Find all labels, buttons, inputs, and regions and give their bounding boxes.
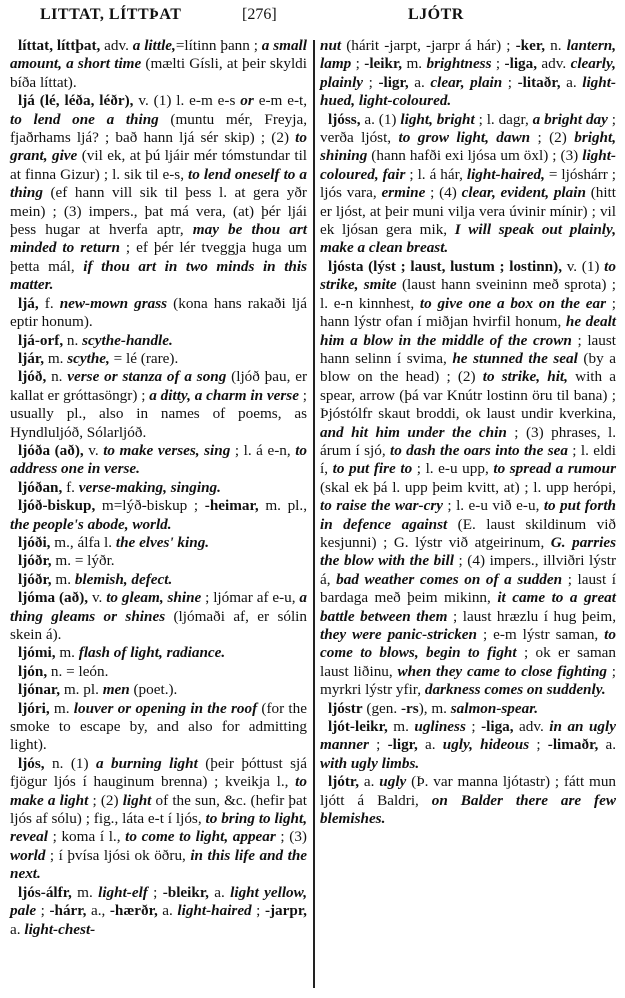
- entry-text: ; e-m lýstr saman,: [477, 626, 604, 643]
- right-column: nut (hárit -jarpt, -jarpr á hár) ; -ker,…: [320, 37, 616, 828]
- entry-text: ; l. e-u upp,: [412, 460, 493, 477]
- headword: ljós-álfr,: [18, 884, 72, 901]
- definition-text: to dash the oars into the sea: [390, 442, 568, 459]
- sub-headword: -heimar,: [205, 497, 259, 514]
- definition-text: a ditty, a charm in verse: [149, 387, 299, 404]
- entry-text: n.: [51, 368, 67, 385]
- definition-text: to put fire to: [333, 460, 413, 477]
- headword: ljótr,: [328, 773, 359, 790]
- definition-text: to make verses, sing: [103, 442, 230, 459]
- definition-text: the people's abode, world.: [10, 516, 172, 533]
- definition-text: verse or stanza of a song: [67, 368, 226, 385]
- definition-text: to grow light, dawn: [399, 129, 531, 146]
- entry-text: a. (1): [364, 111, 400, 128]
- entry-text: ; í þvísa ljósi ok öðru,: [45, 847, 190, 864]
- entry-text: ; l. e-u við e-u,: [443, 497, 544, 514]
- entry-text: n.: [67, 332, 82, 349]
- headword: ljót-leikr,: [328, 718, 388, 735]
- entry-text: = lé (rare).: [110, 350, 178, 367]
- definition-text: to gleam, shine: [106, 589, 201, 606]
- definition-text: clear, plain: [430, 74, 502, 91]
- dictionary-entry: ljóðr, m. blemish, defect.: [10, 571, 307, 589]
- headword: ljós,: [18, 755, 45, 772]
- definition-text: scythe,: [67, 350, 110, 367]
- sub-headword: -leikr,: [364, 55, 402, 72]
- entry-text: e-m e-t,: [254, 92, 307, 109]
- definition-text: they were panic-stricken: [320, 626, 477, 643]
- left-column: líttat, líttþat, adv. a little,=lítinn þ…: [10, 37, 307, 939]
- entry-text: n. = león.: [51, 663, 109, 680]
- dictionary-entry: ljóðr, m. = lýðr.: [10, 552, 307, 570]
- definition-text: light, bright: [400, 111, 474, 128]
- right-guide-word: LJÓTR: [408, 6, 464, 24]
- sub-headword: -limaðr,: [548, 736, 598, 753]
- entry-text: ; laust hræzlu í hug þeim,: [447, 608, 616, 625]
- entry-text: ;: [36, 902, 49, 919]
- sub-headword: -bleikr,: [163, 884, 209, 901]
- entry-text: m.: [48, 350, 67, 367]
- entry-text: v.: [92, 589, 106, 606]
- entry-text: m=lýð-biskup ;: [102, 497, 205, 514]
- sub-headword: -jarpr,: [265, 902, 307, 919]
- sub-headword: -hærðr,: [110, 902, 158, 919]
- definition-text: he stunned the seal: [452, 350, 578, 367]
- dictionary-entry: ljóri, m. louver or opening in the roof …: [10, 700, 307, 755]
- definition-text: when they came to close fighting: [397, 663, 607, 680]
- entry-text: m. = lýðr.: [55, 552, 114, 569]
- dictionary-entry: ljótr, a. ugly (Þ. var manna ljótastr) ;…: [320, 773, 616, 828]
- definition-text: clear, evident, plain: [462, 184, 586, 201]
- headword: ljóðan,: [18, 479, 62, 496]
- page-number: [276]: [242, 6, 277, 24]
- definition-text: louver or opening in the roof: [74, 700, 257, 717]
- definition-text: light-chest-: [24, 921, 95, 938]
- entry-text: n. (1): [52, 755, 96, 772]
- dictionary-entry: ljá, f. new-mown grass (kona hans rakaði…: [10, 295, 307, 332]
- entry-text: a.: [598, 736, 616, 753]
- definition-text: light-haired,: [467, 166, 545, 183]
- sub-headword: -ker,: [516, 37, 545, 54]
- definition-text: or: [240, 92, 254, 109]
- entry-text: ; koma í l.,: [48, 828, 125, 845]
- definition-text: light: [123, 792, 152, 809]
- sub-headword: -liga,: [505, 55, 537, 72]
- definition-text: salmon-spear.: [451, 700, 538, 717]
- entry-text: m.: [402, 55, 426, 72]
- entry-text: =lítinn þann ;: [176, 37, 262, 54]
- dictionary-entry: líttat, líttþat, adv. a little,=lítinn þ…: [10, 37, 307, 92]
- dictionary-entry: ljóð, n. verse or stanza of a song (ljóð…: [10, 368, 307, 442]
- dictionary-entry: ljóða (að), v. to make verses, sing ; l.…: [10, 442, 307, 479]
- entry-text: adv.: [104, 37, 133, 54]
- definition-text: light-haired: [177, 902, 251, 919]
- dictionary-entry: ljóð-biskup, m=lýð-biskup ; -heimar, m. …: [10, 497, 307, 534]
- headword: líttat, líttþat,: [18, 37, 100, 54]
- entry-text: m., álfa l.: [54, 534, 116, 551]
- headword: ljón,: [18, 663, 47, 680]
- entry-text: v. (1) l. e-m e-s: [138, 92, 240, 109]
- headword: ljá-orf,: [18, 332, 63, 349]
- definition-text: to lend one a thing: [10, 111, 159, 128]
- entry-text: ; (3): [276, 828, 307, 845]
- dictionary-entry: ljóma (að), v. to gleam, shine ; ljómar …: [10, 589, 307, 644]
- dictionary-entry: ljóstr (gen. -rs), m. salmon-spear.: [320, 700, 616, 718]
- sub-headword: -hárr,: [49, 902, 86, 919]
- dictionary-entry: ljá-orf, n. scythe-handle.: [10, 332, 307, 350]
- entry-text: ;: [363, 74, 378, 91]
- headword: ljónar,: [18, 681, 60, 698]
- definition-text: ugliness: [414, 718, 466, 735]
- entry-text: (gen.: [366, 700, 401, 717]
- definition-text: bad weather comes on of a sudden: [336, 571, 562, 588]
- dictionary-entry: ljónar, m. pl. men (poet.).: [10, 681, 307, 699]
- headword: ljá (lé, léða, léðr),: [18, 92, 133, 109]
- entry-text: ;: [502, 74, 517, 91]
- entry-text: m. pl.: [64, 681, 103, 698]
- entry-text: ;: [466, 718, 481, 735]
- definition-text: a burning light: [96, 755, 198, 772]
- headword: ljóði,: [18, 534, 50, 551]
- entry-text: m. pl.,: [259, 497, 307, 514]
- definition-text: ugly, hideous: [443, 736, 529, 753]
- definition-text: to come to light, appear: [125, 828, 276, 845]
- definition-text: ermine: [381, 184, 425, 201]
- definition-text: ugly: [379, 773, 406, 790]
- entry-text: a.: [364, 773, 379, 790]
- definition-text: to raise the war-cry: [320, 497, 443, 514]
- headword: ljóss,: [328, 111, 361, 128]
- entry-text: ; l. á e-n,: [230, 442, 295, 459]
- dictionary-entry: ljóss, a. (1) light, bright ; l. dagr, a…: [320, 111, 616, 258]
- definition-text: light-elf: [98, 884, 148, 901]
- entry-text: ;: [351, 55, 364, 72]
- entry-text: a.,: [86, 902, 109, 919]
- dictionary-entry: ljót-leikr, m. ugliness ; -liga, adv. in…: [320, 718, 616, 773]
- definition-text: brightness: [427, 55, 492, 72]
- entry-text: v. (1): [567, 258, 604, 275]
- entry-text: m.: [393, 718, 414, 735]
- dictionary-entry: ljós-álfr, m. light-elf ; -bleikr, a. li…: [10, 884, 307, 939]
- entry-text: (skal ek þá l. upp þeim kvitt, at) ; l. …: [320, 479, 616, 496]
- headword: ljóðr,: [18, 552, 52, 569]
- definition-text: to give one a box on the ear: [420, 295, 606, 312]
- entry-text: ;: [529, 736, 548, 753]
- entry-text: (poet.).: [130, 681, 178, 698]
- headword: ljóma (að),: [18, 589, 88, 606]
- entry-text: f.: [45, 295, 60, 312]
- entry-text: a.: [10, 921, 24, 938]
- entry-text: a.: [158, 902, 178, 919]
- sub-headword: -litaðr,: [518, 74, 561, 91]
- entry-text: adv.: [514, 718, 550, 735]
- sub-headword: -ligr,: [388, 736, 418, 753]
- sub-headword: -ligr,: [378, 74, 408, 91]
- headword: ljóstr: [328, 700, 363, 717]
- running-header: LITTAT, LÍTTÞAT [276] LJÓTR: [0, 6, 625, 28]
- definition-text: with ugly limbs.: [320, 755, 419, 772]
- entry-text: m.: [59, 644, 78, 661]
- entry-text: ;: [369, 736, 388, 753]
- definition-text: blemish, defect.: [75, 571, 172, 588]
- definition-text: darkness comes on suddenly.: [425, 681, 606, 698]
- headword: ljá,: [18, 295, 39, 312]
- definition-text: to spread a rumour: [493, 460, 616, 477]
- sub-headword: -rs: [401, 700, 419, 717]
- definition-text: new-mown grass: [60, 295, 167, 312]
- entry-text: ; l. á hár,: [405, 166, 466, 183]
- entry-text: ; (2): [88, 792, 122, 809]
- dictionary-entry: ljómi, m. flash of light, radiance.: [10, 644, 307, 662]
- dictionary-entry: ljá (lé, léða, léðr), v. (1) l. e-m e-s …: [10, 92, 307, 294]
- entry-text: ; l. dagr,: [475, 111, 533, 128]
- entry-text: a.: [561, 74, 583, 91]
- entry-text: ; (4): [425, 184, 461, 201]
- dictionary-entry: ljón, n. = león.: [10, 663, 307, 681]
- entry-text: v.: [88, 442, 103, 459]
- entry-text: a.: [409, 74, 431, 91]
- left-guide-word: LITTAT, LÍTTÞAT: [40, 6, 181, 24]
- entry-text: a.: [418, 736, 443, 753]
- definition-text: verse-making, singing.: [79, 479, 221, 496]
- dictionary-entry: ljósta (lýst ; laust, lustum ; lostinn),…: [320, 258, 616, 700]
- definition-text: world: [10, 847, 45, 864]
- entry-text: (hárit -jarpt, -jarpr á hár) ;: [341, 37, 516, 54]
- entry-text: m.: [54, 700, 74, 717]
- entry-text: n.: [545, 37, 567, 54]
- dictionary-entry: ljós, n. (1) a burning light (þeir þóttu…: [10, 755, 307, 884]
- headword: ljóð,: [18, 368, 46, 385]
- headword: ljár,: [18, 350, 44, 367]
- headword: ljómi,: [18, 644, 56, 661]
- entry-text: (hann hafði exi ljósa um öxl) ; (3): [367, 147, 582, 164]
- headword: ljóðr,: [18, 571, 52, 588]
- definition-text: nut: [320, 37, 341, 54]
- entry-text: ; ljómar af e-u,: [201, 589, 299, 606]
- dictionary-entry: ljóðan, f. verse-making, singing.: [10, 479, 307, 497]
- definition-text: flash of light, radiance.: [79, 644, 225, 661]
- sub-headword: -liga,: [481, 718, 513, 735]
- headword: ljóri,: [18, 700, 50, 717]
- definition-text: men: [103, 681, 130, 698]
- column-divider: [313, 40, 315, 988]
- headword: ljóð-biskup,: [18, 497, 95, 514]
- headword: ljósta (lýst ; laust, lustum ; lostinn),: [328, 258, 562, 275]
- entry-text: m.: [77, 884, 98, 901]
- entry-text: ;: [148, 884, 163, 901]
- headword: ljóða (að),: [18, 442, 84, 459]
- definition-text: scythe-handle.: [82, 332, 173, 349]
- definition-text: a bright day: [533, 111, 608, 128]
- entry-text: ;: [492, 55, 505, 72]
- entry-text: ;: [252, 902, 265, 919]
- definition-text: the elves' king.: [116, 534, 209, 551]
- entry-text: a.: [209, 884, 230, 901]
- entry-text: ; (2): [530, 129, 574, 146]
- entry-text: f.: [66, 479, 79, 496]
- dictionary-entry: ljár, m. scythe, = lé (rare).: [10, 350, 307, 368]
- definition-text: and hit him under the chin: [320, 424, 507, 441]
- definition-text: a little,: [133, 37, 176, 54]
- entry-text: adv.: [537, 55, 571, 72]
- entry-text: ), m.: [419, 700, 451, 717]
- entry-text: m.: [55, 571, 74, 588]
- dictionary-entry: nut (hárit -jarpt, -jarpr á hár) ; -ker,…: [320, 37, 616, 111]
- dictionary-entry: ljóði, m., álfa l. the elves' king.: [10, 534, 307, 552]
- definition-text: to strike, hit,: [483, 368, 568, 385]
